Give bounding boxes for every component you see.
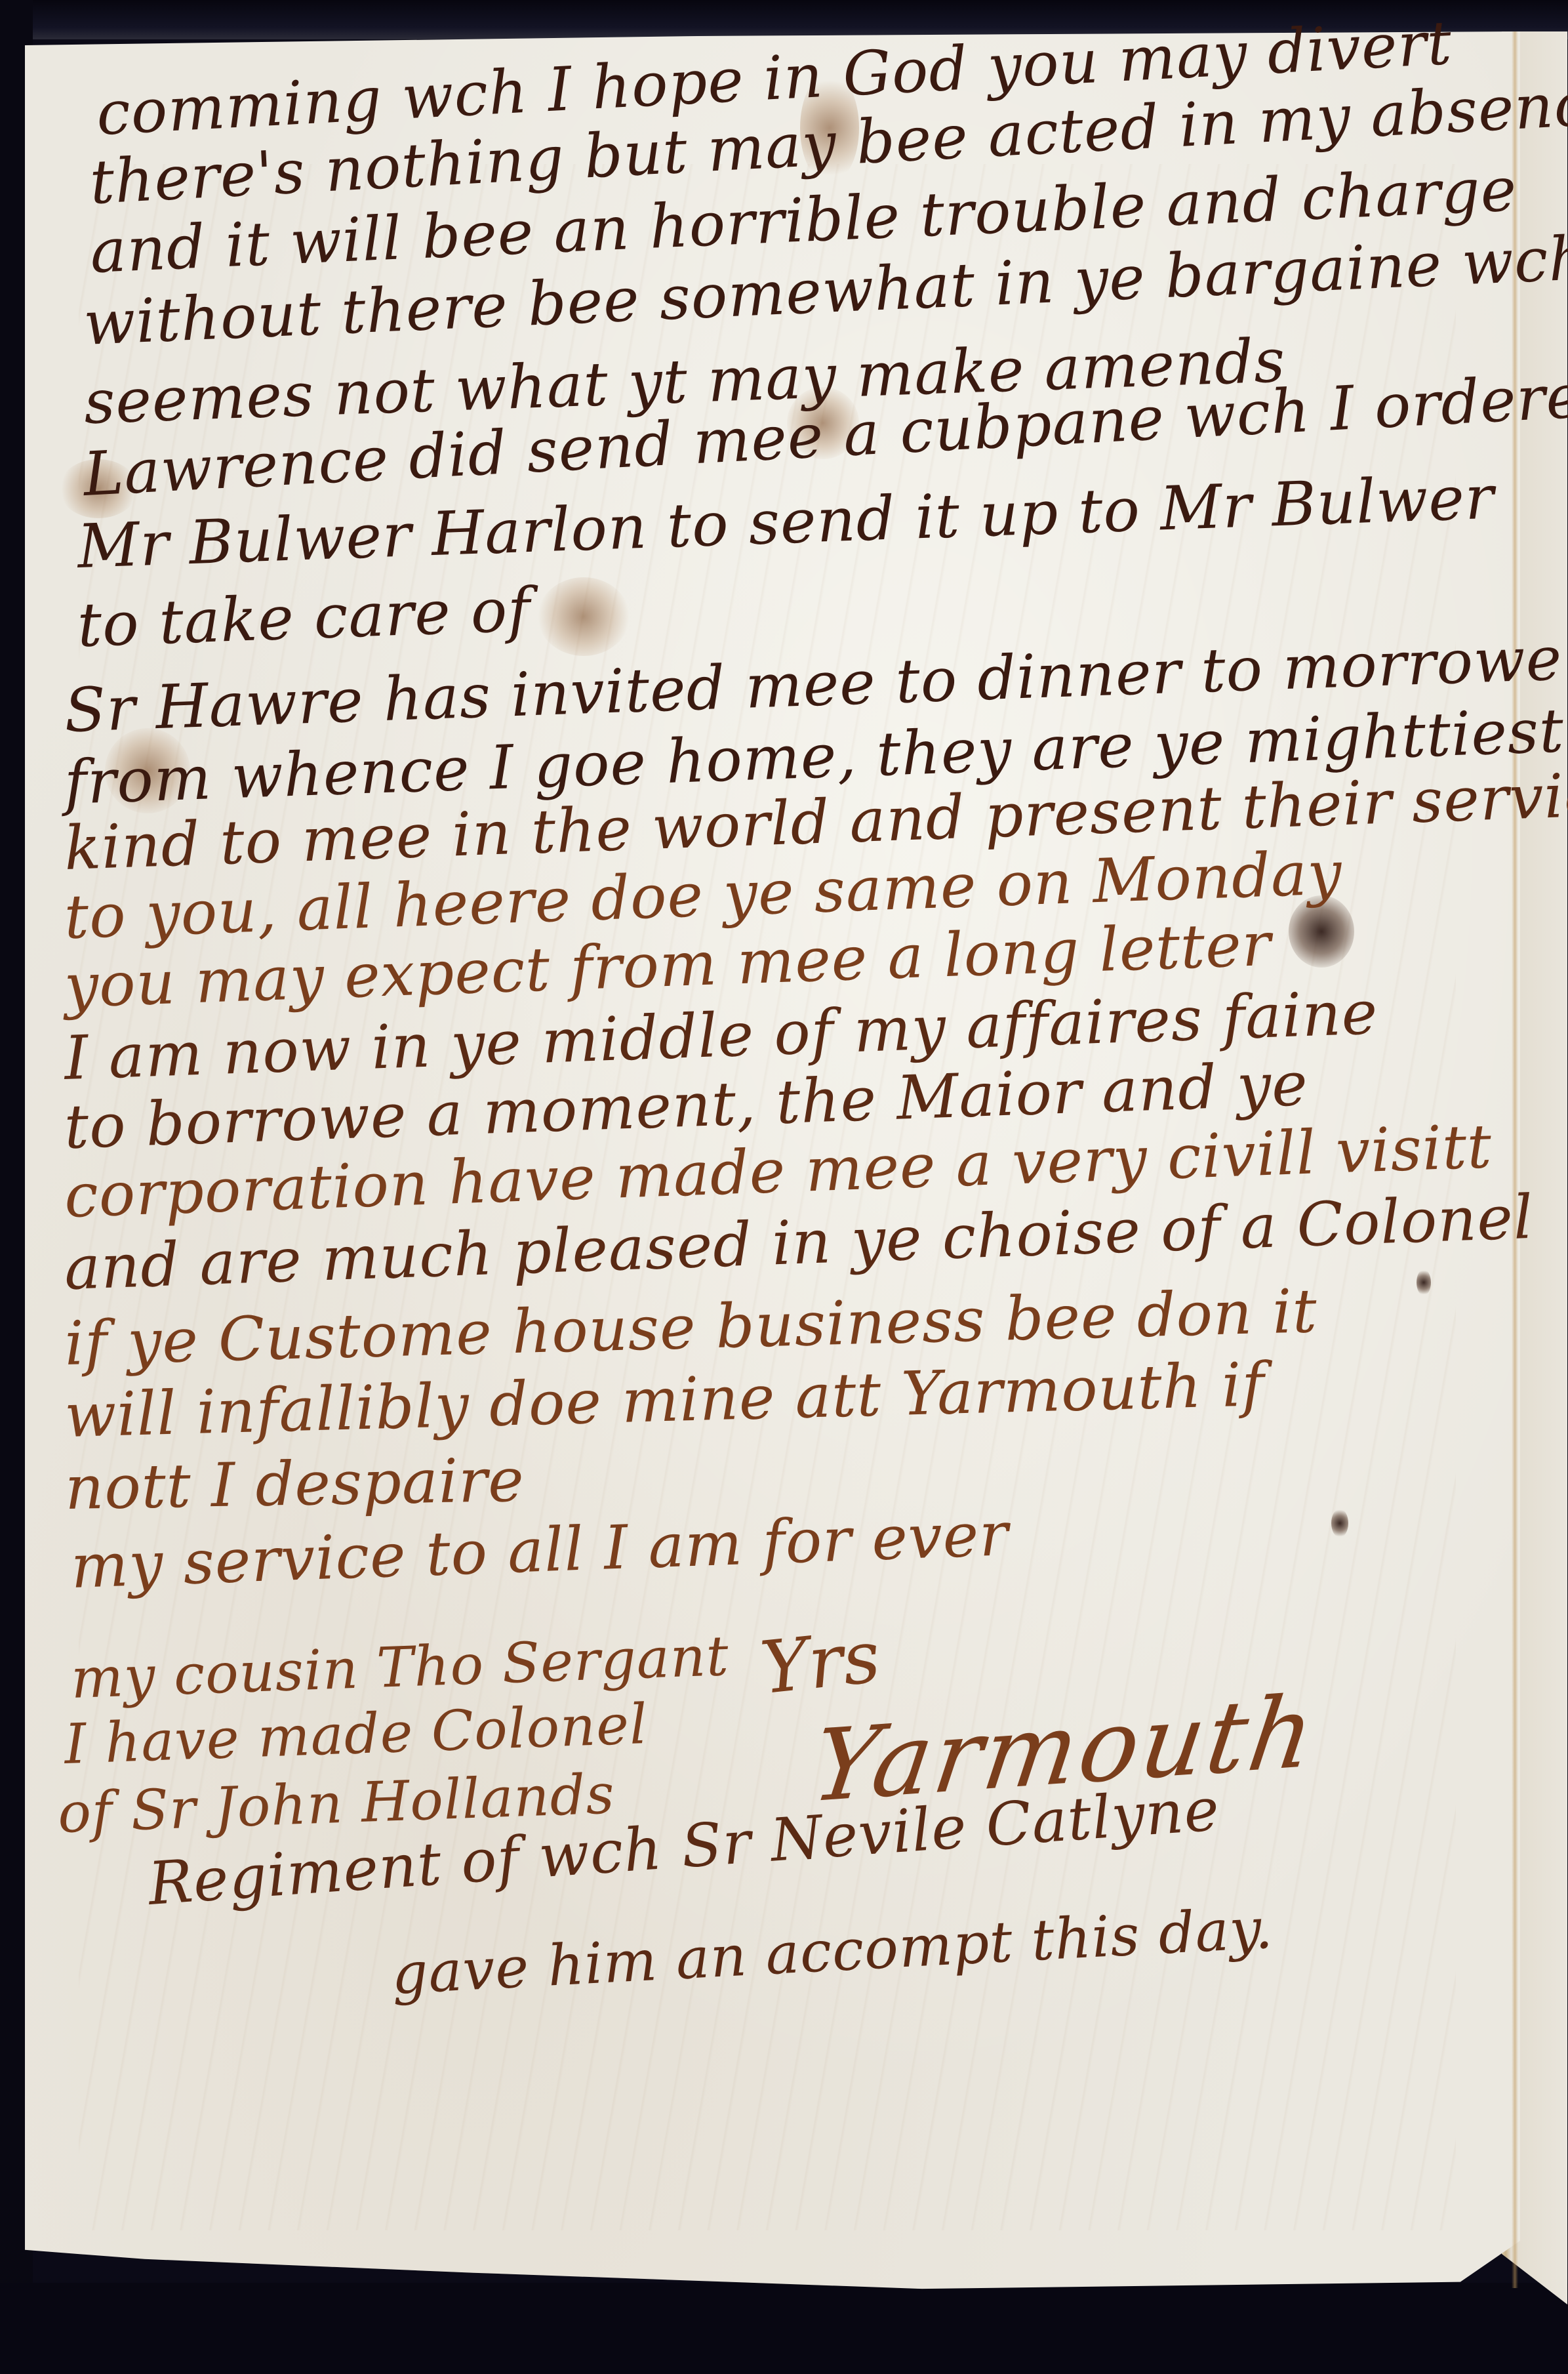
postscript: my cousin Tho Sergant I have made Colone… <box>0 0 1568 2374</box>
postscript-line: gave him an accompt this day. <box>390 1896 1275 2007</box>
